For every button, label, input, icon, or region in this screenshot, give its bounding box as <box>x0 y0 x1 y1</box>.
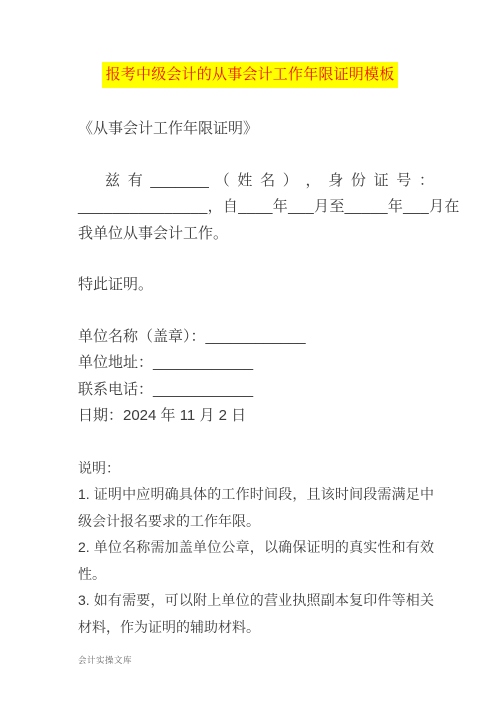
document-body: 《从事会计工作年限证明》 兹 有 _______ （ 姓 名 ） ， 身 份 证… <box>0 116 500 666</box>
field-phone-label: 联系电话： <box>78 381 153 398</box>
note-item-1: 1. 证明中应明确具体的工作时间段，且该时间段需满足中级会计报名要求的工作年限。 <box>78 481 434 534</box>
intro-line-dates: _______________，自____年___月至_____年___月在 <box>78 194 434 221</box>
intro-paragraph: 兹 有 _______ （ 姓 名 ） ， 身 份 证 号 ： ________… <box>78 168 434 248</box>
field-company-address: 单位地址：____________ <box>78 350 434 377</box>
intro-line-work: 我单位从事会计工作。 <box>78 221 434 248</box>
field-company-name-blank: ____________ <box>206 328 306 345</box>
note-item-2: 2. 单位名称需加盖单位公章，以确保证明的真实性和有效性。 <box>78 534 434 587</box>
fields-block: 单位名称（盖章）：____________ 单位地址：____________ … <box>78 324 434 430</box>
document-title: 报考中级会计的从事会计工作年限证明模板 <box>102 62 399 88</box>
date-line: 日期：2024 年 11 月 2 日 <box>78 403 434 430</box>
title-row: 报考中级会计的从事会计工作年限证明模板 <box>0 62 500 88</box>
notes-heading: 说明： <box>78 455 434 482</box>
notes-section: 说明： 1. 证明中应明确具体的工作时间段，且该时间段需满足中级会计报名要求的工… <box>78 455 434 641</box>
field-company-address-blank: ____________ <box>153 354 253 371</box>
field-company-name-label: 单位名称（盖章）： <box>78 328 206 345</box>
intro-line-name-id: 兹 有 _______ （ 姓 名 ） ， 身 份 证 号 ： <box>78 168 434 195</box>
field-phone-blank: ____________ <box>153 381 253 398</box>
field-company-address-label: 单位地址： <box>78 354 153 371</box>
document-page: 报考中级会计的从事会计工作年限证明模板 《从事会计工作年限证明》 兹 有 ___… <box>0 0 500 707</box>
watermark-text: 会计实操文库 <box>78 654 434 666</box>
field-company-name: 单位名称（盖章）：____________ <box>78 324 434 351</box>
certificate-heading: 《从事会计工作年限证明》 <box>78 116 434 143</box>
closing-statement: 特此证明。 <box>78 272 434 299</box>
field-phone: 联系电话：____________ <box>78 377 434 404</box>
note-item-3: 3. 如有需要，可以附上单位的营业执照副本复印件等相关材料，作为证明的辅助材料。 <box>78 587 434 640</box>
